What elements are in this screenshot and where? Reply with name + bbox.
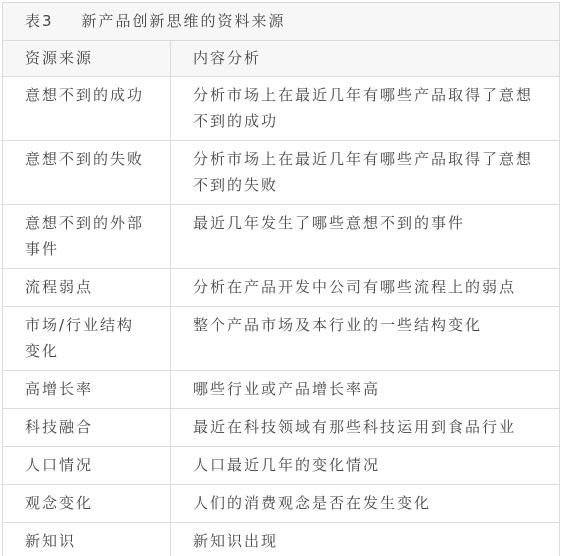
table-caption-row: 表3新产品创新思维的资料来源 xyxy=(3,3,560,41)
table-row: 意想不到的外部事件 最近几年发生了哪些意想不到的事件 xyxy=(3,205,560,269)
table-title-text: 新产品创新思维的资料来源 xyxy=(82,12,286,30)
analysis-cell: 整个产品市场及本行业的一些结构变化 xyxy=(171,307,560,371)
analysis-cell: 人们的消费观念是否在发生变化 xyxy=(171,485,560,523)
column-header-analysis: 内容分析 xyxy=(171,41,560,77)
source-cell: 流程弱点 xyxy=(3,269,171,307)
analysis-cell: 分析市场上在最近几年有哪些产品取得了意想不到的失败 xyxy=(171,141,560,205)
analysis-cell: 最近几年发生了哪些意想不到的事件 xyxy=(171,205,560,269)
analysis-cell: 哪些行业或产品增长率高 xyxy=(171,371,560,409)
table-header-row: 资源来源 内容分析 xyxy=(3,41,560,77)
analysis-cell: 新知识出现 xyxy=(171,523,560,556)
table-row: 意想不到的失败 分析市场上在最近几年有哪些产品取得了意想不到的失败 xyxy=(3,141,560,205)
analysis-cell: 人口最近几年的变化情况 xyxy=(171,447,560,485)
table-caption: 表3新产品创新思维的资料来源 xyxy=(3,3,560,41)
source-cell: 人口情况 xyxy=(3,447,171,485)
source-cell: 意想不到的外部事件 xyxy=(3,205,171,269)
table-row: 科技融合 最近在科技领域有那些科技运用到食品行业 xyxy=(3,409,560,447)
source-cell: 市场/行业结构变化 xyxy=(3,307,171,371)
table-row: 新知识 新知识出现 xyxy=(3,523,560,556)
source-cell: 高增长率 xyxy=(3,371,171,409)
source-cell: 观念变化 xyxy=(3,485,171,523)
table-row: 意想不到的成功 分析市场上在最近几年有哪些产品取得了意想不到的成功 xyxy=(3,77,560,141)
table-row: 人口情况 人口最近几年的变化情况 xyxy=(3,447,560,485)
analysis-cell: 分析市场上在最近几年有哪些产品取得了意想不到的成功 xyxy=(171,77,560,141)
source-cell: 意想不到的成功 xyxy=(3,77,171,141)
table-row: 观念变化 人们的消费观念是否在发生变化 xyxy=(3,485,560,523)
source-cell: 新知识 xyxy=(3,523,171,556)
column-header-source: 资源来源 xyxy=(3,41,171,77)
source-cell: 意想不到的失败 xyxy=(3,141,171,205)
table-row: 高增长率 哪些行业或产品增长率高 xyxy=(3,371,560,409)
table-number: 表3 xyxy=(25,12,54,30)
analysis-cell: 分析在产品开发中公司有哪些流程上的弱点 xyxy=(171,269,560,307)
table-row: 市场/行业结构变化 整个产品市场及本行业的一些结构变化 xyxy=(3,307,560,371)
table-row: 流程弱点 分析在产品开发中公司有哪些流程上的弱点 xyxy=(3,269,560,307)
analysis-cell: 最近在科技领域有那些科技运用到食品行业 xyxy=(171,409,560,447)
source-cell: 科技融合 xyxy=(3,409,171,447)
data-sources-table: 表3新产品创新思维的资料来源 资源来源 内容分析 意想不到的成功 分析市场上在最… xyxy=(2,2,560,556)
